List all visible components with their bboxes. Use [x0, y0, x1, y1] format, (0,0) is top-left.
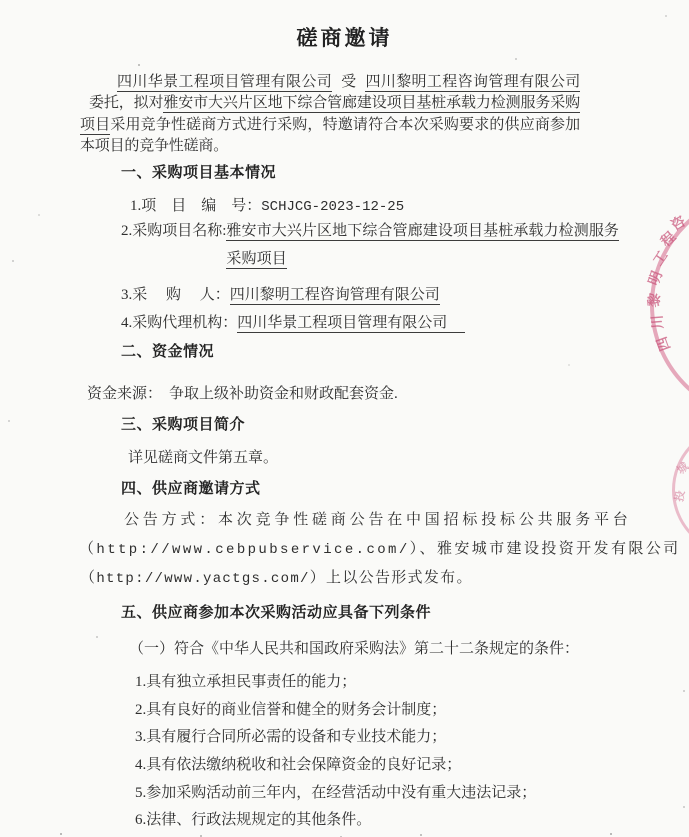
condition-item-1: 1.具有独立承担民事责任的能力；: [135, 670, 356, 691]
funds-row: 资金来源：争取上级补助资金和财政配套资金.: [87, 382, 398, 403]
purchaser-row: 3.采 购 人：四川黎明工程咨询管理有限公司: [121, 283, 440, 304]
yactgs-url: http://www.yactgs.com/: [96, 571, 309, 587]
condition-item-3: 3.具有履行合同所必需的设备和专业技术能力；: [135, 725, 446, 746]
seal1-char: 川: [646, 314, 667, 330]
seal1-char: 黎: [643, 292, 665, 309]
document-page: 磋商邀请 四川华景工程项目管理有限公司受四川黎明工程咨询管理有限公司委托，拟对雅…: [0, 0, 689, 837]
condition-item-2: 2.具有良好的商业信誉和健全的财务会计制度；: [135, 698, 446, 719]
funds-value: 争取上级补助资金和财政配套资金.: [169, 386, 398, 402]
paren-open2: （: [80, 570, 96, 586]
announcement-line3-rest: ）上以公告形式发布。: [310, 570, 473, 586]
intro-entrust-text: 委托，拟对: [89, 95, 163, 111]
announcement-line2: （http://www.cebpubservice.com/）、雅安城市建设投资…: [79, 537, 681, 558]
scan-noise: [138, 64, 140, 66]
paren-open: （: [79, 541, 96, 557]
condition-item-4: 4.具有依法缴纳税收和社会保障资金的良好记录；: [135, 753, 461, 774]
section5-heading: 五、供应商参加本次采购活动应具备下列条件: [121, 601, 431, 622]
conditions-intro: （一）符合《中华人民共和国政府采购法》第二十二条规定的条件：: [129, 637, 579, 658]
purchaser-value: 四川黎明工程咨询管理有限公司: [230, 287, 440, 305]
project-brief-text: 详见磋商文件第五章。: [128, 446, 278, 467]
section2-heading: 二、资金情况: [121, 340, 214, 361]
intro-paragraph: 四川华景工程项目管理有限公司受四川黎明工程咨询管理有限公司委托，拟对雅安市大兴片…: [80, 72, 580, 158]
agent-value: 四川华景工程项目管理有限公司: [237, 315, 465, 333]
announcement-line3: （http://www.yactgs.com/）上以公告形式发布。: [80, 566, 473, 587]
funds-label: 资金来源：: [87, 386, 162, 402]
intro-tail-text: 采用竞争性磋商方式进行采购，特邀请符合本次采购要求的供应商参加本项目的竞争性磋商…: [80, 117, 580, 154]
project-title-value: 雅安市大兴片区地下综合管廊建设项目基桩承载力检测服务采购项目: [226, 223, 619, 269]
purchaser-name: 四川黎明工程咨询管理有限公司: [365, 74, 580, 92]
project-number-label: 1.项 目 编 号：: [130, 198, 261, 214]
section4-heading: 四、供应商邀请方式: [121, 477, 261, 498]
agent-label: 4.采购代理机构：: [121, 315, 237, 331]
announcement-line2-rest: ）、雅安城市建设投资开发有限公司: [410, 541, 681, 557]
condition-item-5: 5.参加采购活动前三年内，在经营活动中没有重大违法记录；: [135, 781, 536, 802]
cebpubservice-url: http://www.cebpubservice.com/: [96, 542, 409, 558]
project-title-label: 2.采购项目名称:: [121, 217, 226, 245]
page-title: 磋商邀请: [0, 22, 689, 52]
project-title-row: 2.采购项目名称:雅安市大兴片区地下综合管廊建设项目基桩承载力检测服务采购项目: [121, 217, 621, 273]
project-number-row: 1.项 目 编 号：SCHJCG-2023-12-25: [130, 194, 404, 215]
announcement-line1: 公告方式：本次竞争性磋商公告在中国招标投标公共服务平台: [124, 508, 632, 529]
section3-heading: 三、采购项目简介: [121, 413, 245, 434]
purchaser-label: 3.采 购 人：: [121, 287, 230, 303]
section1-heading: 一、采购项目基本情况: [121, 161, 276, 182]
agency-name: 四川华景工程项目管理有限公司: [117, 74, 332, 92]
project-number-value: SCHJCG-2023-12-25: [261, 199, 404, 215]
intro-conjunction: 受: [341, 74, 356, 90]
agent-row: 4.采购代理机构：四川华景工程项目管理有限公司: [121, 311, 465, 332]
condition-item-6: 6.法律、行政法规规定的其他条件。: [135, 808, 371, 829]
